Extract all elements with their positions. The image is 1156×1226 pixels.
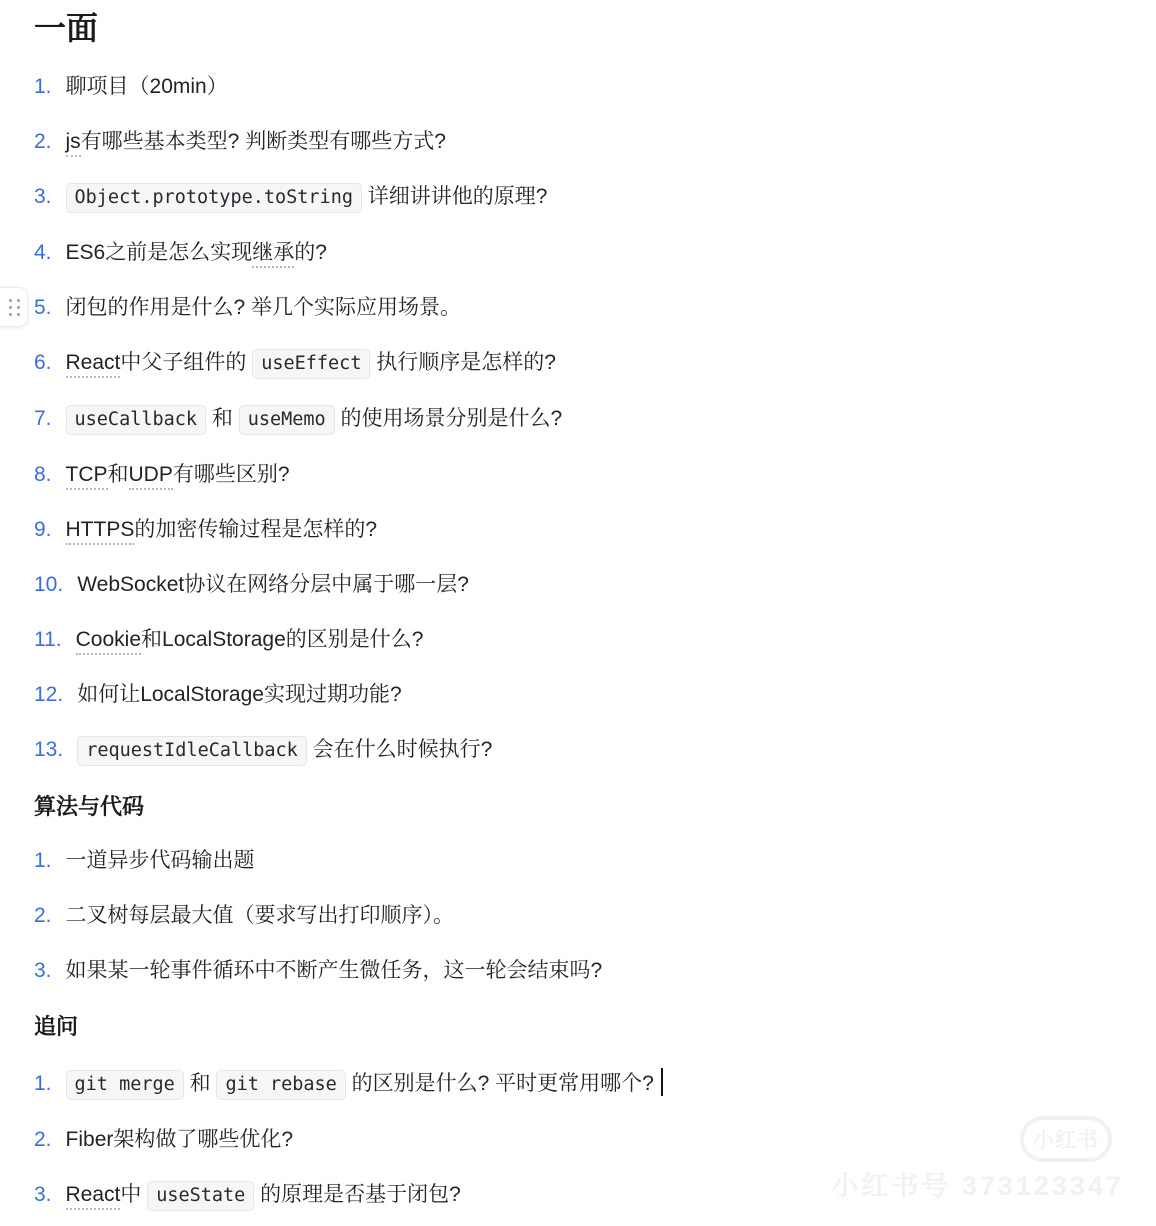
list-item[interactable]: 12.如何让LocalStorage实现过期功能? xyxy=(34,682,1116,708)
list-item[interactable]: 11.Cookie和LocalStorage的区别是什么? xyxy=(34,627,1116,653)
document-body: 1.聊项目（20min）2.js有哪些基本类型? 判断类型有哪些方式?3.Obj… xyxy=(34,74,1116,1209)
text-run: 的原理是否基于闭包? xyxy=(254,1183,461,1206)
inline-code: useCallback xyxy=(66,405,207,435)
list-number: 4. xyxy=(34,241,52,264)
text-run: 的加密传输过程是怎样的? xyxy=(134,518,377,541)
list-number: 13. xyxy=(34,738,63,761)
spellcheck-underlined-text: React xyxy=(66,1183,121,1210)
text-run: 和LocalStorage的区别是什么? xyxy=(141,628,423,651)
text-run: 的? xyxy=(294,241,327,264)
six-dot-grid-icon xyxy=(9,299,20,316)
item-text: Fiber架构做了哪些优化? xyxy=(66,1128,294,1151)
text-cursor xyxy=(661,1068,663,1096)
text-run: 有哪些基本类型? 判断类型有哪些方式? xyxy=(81,130,446,153)
text-run: 闭包的作用是什么? 举几个实际应用场景。 xyxy=(66,296,462,319)
section-heading[interactable]: 算法与代码 xyxy=(34,793,1116,820)
list-item[interactable]: 7.useCallback 和 useMemo 的使用场景分别是什么? xyxy=(34,406,1116,433)
item-text: requestIdleCallback 会在什么时候执行? xyxy=(77,738,492,761)
item-text: 如何让LocalStorage实现过期功能? xyxy=(77,683,401,706)
text-run: 聊项目（20min） xyxy=(66,75,228,98)
list-number: 9. xyxy=(34,518,52,541)
text-run: 二叉树每层最大值（要求写出打印顺序）。 xyxy=(66,904,455,927)
list-item[interactable]: 10.WebSocket协议在网络分层中属于哪一层? xyxy=(34,572,1116,598)
list-number: 3. xyxy=(34,185,52,208)
item-text: WebSocket协议在网络分层中属于哪一层? xyxy=(77,573,469,596)
item-text: 二叉树每层最大值（要求写出打印顺序）。 xyxy=(66,904,455,927)
text-run: WebSocket协议在网络分层中属于哪一层? xyxy=(77,573,469,596)
inline-code: git merge xyxy=(66,1070,184,1100)
item-text: Cookie和LocalStorage的区别是什么? xyxy=(76,628,424,655)
item-text: React中父子组件的 useEffect 执行顺序是怎样的? xyxy=(66,351,556,374)
spellcheck-underlined-text: HTTPS xyxy=(66,518,135,545)
list-item[interactable]: 6.React中父子组件的 useEffect 执行顺序是怎样的? xyxy=(34,350,1116,377)
list-number: 3. xyxy=(34,959,52,982)
list-item[interactable]: 1.git merge 和 git rebase 的区别是什么? 平时更常用哪个… xyxy=(34,1068,1116,1098)
list-number: 1. xyxy=(34,75,52,98)
text-run: ES6之前是怎么实现 xyxy=(66,241,253,264)
text-run: Fiber架构做了哪些优化? xyxy=(66,1128,294,1151)
text-run: 和 xyxy=(206,407,239,430)
text-run: 如何让LocalStorage实现过期功能? xyxy=(77,683,401,706)
spellcheck-underlined-text: Cookie xyxy=(76,628,141,655)
item-text: 一道异步代码输出题 xyxy=(66,849,255,872)
inline-code: git rebase xyxy=(216,1070,345,1100)
text-run: 会在什么时候执行? xyxy=(307,738,493,761)
spellcheck-underlined-text: React xyxy=(66,351,121,378)
question-list: 1.聊项目（20min）2.js有哪些基本类型? 判断类型有哪些方式?3.Obj… xyxy=(34,74,1116,764)
text-run: 详细讲讲他的原理? xyxy=(362,185,548,208)
document-page: 一面 1.聊项目（20min）2.js有哪些基本类型? 判断类型有哪些方式?3.… xyxy=(0,0,1156,1209)
item-text: useCallback 和 useMemo 的使用场景分别是什么? xyxy=(66,407,563,430)
item-text: 闭包的作用是什么? 举几个实际应用场景。 xyxy=(66,296,462,319)
spellcheck-underlined-text: js xyxy=(66,130,81,157)
list-item[interactable]: 8.TCP和UDP有哪些区别? xyxy=(34,462,1116,488)
watermark-account-id: 小红书号 373123347 xyxy=(831,1164,1124,1203)
item-text: TCP和UDP有哪些区别? xyxy=(66,463,290,490)
list-item[interactable]: 1.一道异步代码输出题 xyxy=(34,848,1116,874)
spellcheck-underlined-text: TCP xyxy=(66,463,108,490)
list-number: 6. xyxy=(34,351,52,374)
item-text: ES6之前是怎么实现继承的? xyxy=(66,241,327,268)
item-text: 聊项目（20min） xyxy=(66,75,228,98)
list-item[interactable]: 2.二叉树每层最大值（要求写出打印顺序）。 xyxy=(34,903,1116,929)
list-number: 5. xyxy=(34,296,52,319)
item-text: HTTPS的加密传输过程是怎样的? xyxy=(66,518,378,545)
list-number: 11. xyxy=(34,628,62,651)
list-number: 12. xyxy=(34,683,63,706)
text-run: 中父子组件的 xyxy=(120,351,252,374)
text-run: 的使用场景分别是什么? xyxy=(335,407,563,430)
list-item[interactable]: 2.Fiber架构做了哪些优化? xyxy=(34,1127,1116,1153)
list-number: 2. xyxy=(34,1128,52,1151)
text-run: 一道异步代码输出题 xyxy=(66,849,255,872)
text-run: 的区别是什么? 平时更常用哪个? xyxy=(346,1072,654,1095)
list-number: 10. xyxy=(34,573,63,596)
list-item[interactable]: 13.requestIdleCallback 会在什么时候执行? xyxy=(34,737,1116,764)
text-run: 执行顺序是怎样的? xyxy=(370,351,556,374)
list-number: 1. xyxy=(34,1072,52,1095)
list-number: 2. xyxy=(34,904,52,927)
spellcheck-underlined-text: 继承 xyxy=(252,241,294,268)
inline-code: requestIdleCallback xyxy=(77,736,307,766)
section-heading[interactable]: 追问 xyxy=(34,1013,1116,1040)
item-text: git merge 和 git rebase 的区别是什么? 平时更常用哪个? xyxy=(66,1072,663,1095)
inline-code: Object.prototype.toString xyxy=(66,183,362,213)
list-item[interactable]: 9.HTTPS的加密传输过程是怎样的? xyxy=(34,517,1116,543)
list-number: 7. xyxy=(34,407,52,430)
text-run: 中 xyxy=(120,1183,147,1206)
text-run: 有哪些区别? xyxy=(173,463,290,486)
list-item[interactable]: 3.如果某一轮事件循环中不断产生微任务，这一轮会结束吗? xyxy=(34,958,1116,984)
list-number: 1. xyxy=(34,849,52,872)
spellcheck-underlined-text: UDP xyxy=(129,463,173,490)
block-drag-handle[interactable] xyxy=(0,287,28,327)
item-text: React中 useState 的原理是否基于闭包? xyxy=(66,1183,461,1206)
xiaohongshu-logo-watermark: 小红书 xyxy=(1020,1116,1112,1162)
text-run: 和 xyxy=(108,463,129,486)
list-item[interactable]: 1.聊项目（20min） xyxy=(34,74,1116,100)
list-item[interactable]: 3.Object.prototype.toString 详细讲讲他的原理? xyxy=(34,184,1116,211)
list-item[interactable]: 4.ES6之前是怎么实现继承的? xyxy=(34,240,1116,266)
item-text: Object.prototype.toString 详细讲讲他的原理? xyxy=(66,185,548,208)
list-item[interactable]: 2.js有哪些基本类型? 判断类型有哪些方式? xyxy=(34,129,1116,155)
item-text: 如果某一轮事件循环中不断产生微任务，这一轮会结束吗? xyxy=(66,959,603,982)
list-number: 3. xyxy=(34,1183,52,1206)
text-run: 和 xyxy=(184,1072,217,1095)
item-text: js有哪些基本类型? 判断类型有哪些方式? xyxy=(66,130,446,157)
list-number: 2. xyxy=(34,130,52,153)
inline-code: useEffect xyxy=(252,349,370,379)
text-run: 如果某一轮事件循环中不断产生微任务，这一轮会结束吗? xyxy=(66,959,603,982)
inline-code: useMemo xyxy=(239,405,335,435)
list-number: 8. xyxy=(34,463,52,486)
inline-code: useState xyxy=(147,1181,254,1211)
page-title[interactable]: 一面 xyxy=(34,8,1116,48)
question-list: 1.一道异步代码输出题2.二叉树每层最大值（要求写出打印顺序）。3.如果某一轮事… xyxy=(34,848,1116,984)
list-item[interactable]: 5.闭包的作用是什么? 举几个实际应用场景。 xyxy=(34,295,1116,321)
